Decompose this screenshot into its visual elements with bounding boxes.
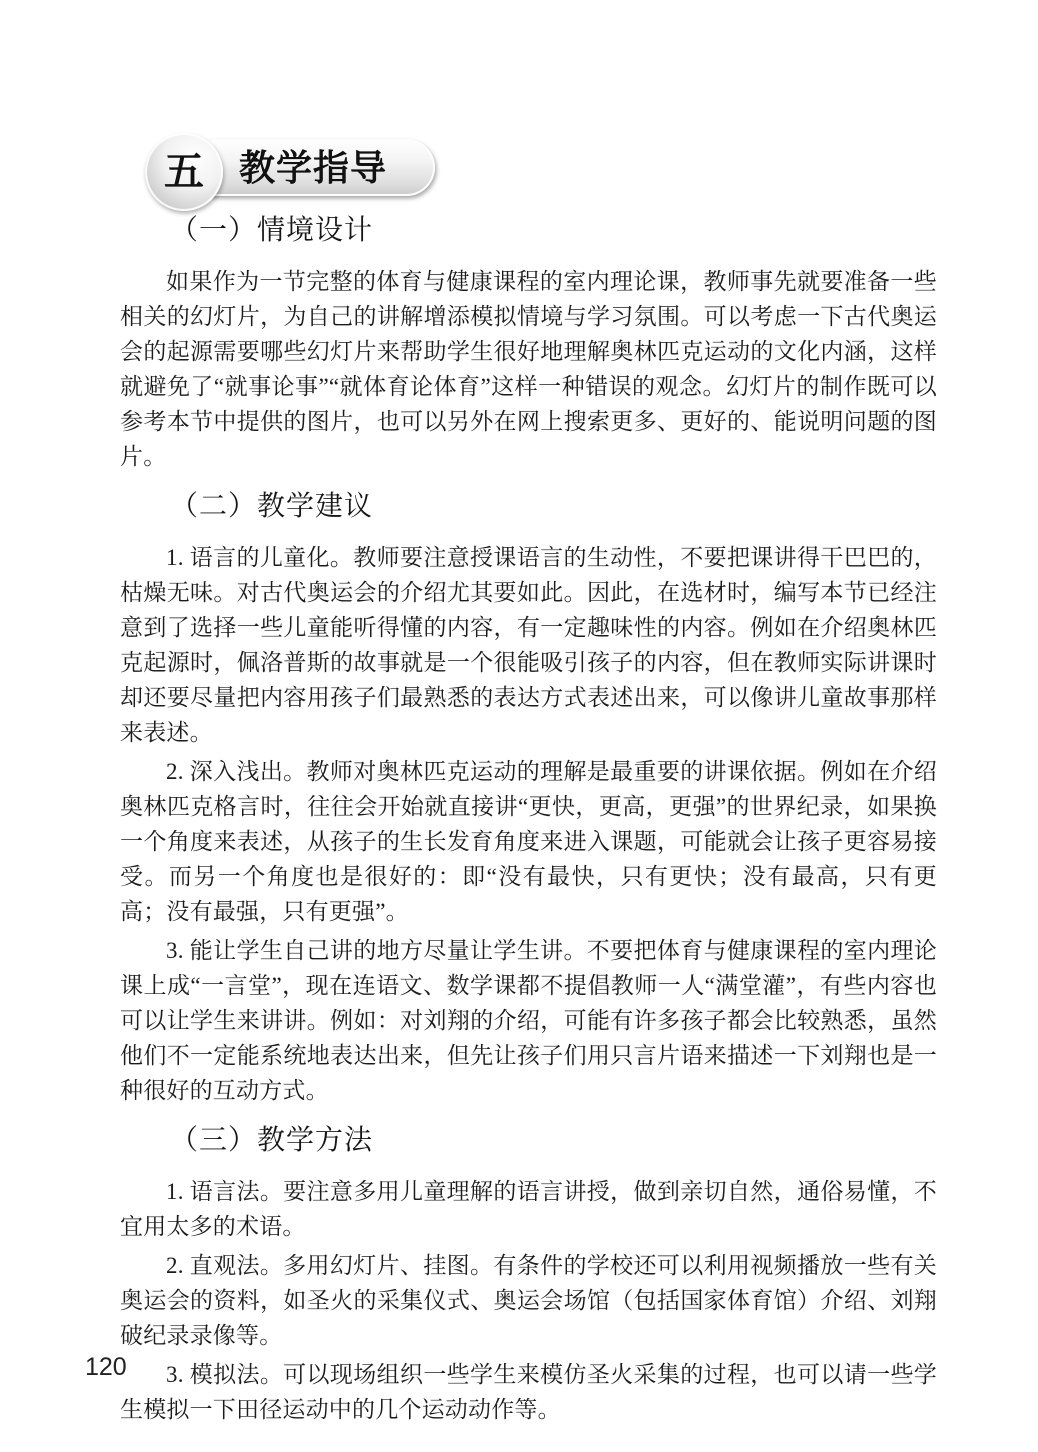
document-page: 教学指导 五 （一）情境设计 如果作为一节完整的体育与健康课程的室内理论课，教师… [0, 0, 1038, 1452]
body-paragraph: 2. 直观法。多用幻灯片、挂图。有条件的学校还可以利用视频播放一些有关奥运会的资… [120, 1248, 937, 1353]
section-heading-3: （三）教学方法 [170, 1123, 937, 1159]
page-content: 教学指导 五 （一）情境设计 如果作为一节完整的体育与健康课程的室内理论课，教师… [0, 0, 1038, 1427]
section-badge: 教学指导 五 [145, 133, 445, 213]
badge-pill: 教学指导 [187, 139, 435, 196]
body-paragraph: 1. 语言的儿童化。教师要注意授课语言的生动性，不要把课讲得干巴巴的，枯燥无味。… [120, 540, 937, 750]
body-paragraph: 1. 语言法。要注意多用儿童理解的语言讲授，做到亲切自然，通俗易懂，不宜用太多的… [120, 1174, 937, 1244]
page-number: 120 [85, 1352, 127, 1382]
badge-circle-icon: 五 [145, 133, 223, 211]
body-paragraph: 3. 模拟法。可以现场组织一些学生来模仿圣火采集的过程，也可以请一些学生模拟一下… [120, 1357, 937, 1427]
body-paragraph: 3. 能让学生自己讲的地方尽量让学生讲。不要把体育与健康课程的室内理论课上成“一… [120, 933, 937, 1108]
body-paragraph: 2. 深入浅出。教师对奥林匹克运动的理解是最重要的讲课依据。例如在介绍奥林匹克格… [120, 754, 937, 929]
section-heading-1: （一）情境设计 [170, 213, 937, 249]
badge-number: 五 [164, 152, 204, 192]
body-paragraph: 如果作为一节完整的体育与健康课程的室内理论课，教师事先就要准备一些相关的幻灯片，… [120, 264, 937, 474]
section-heading-2: （二）教学建议 [170, 489, 937, 525]
